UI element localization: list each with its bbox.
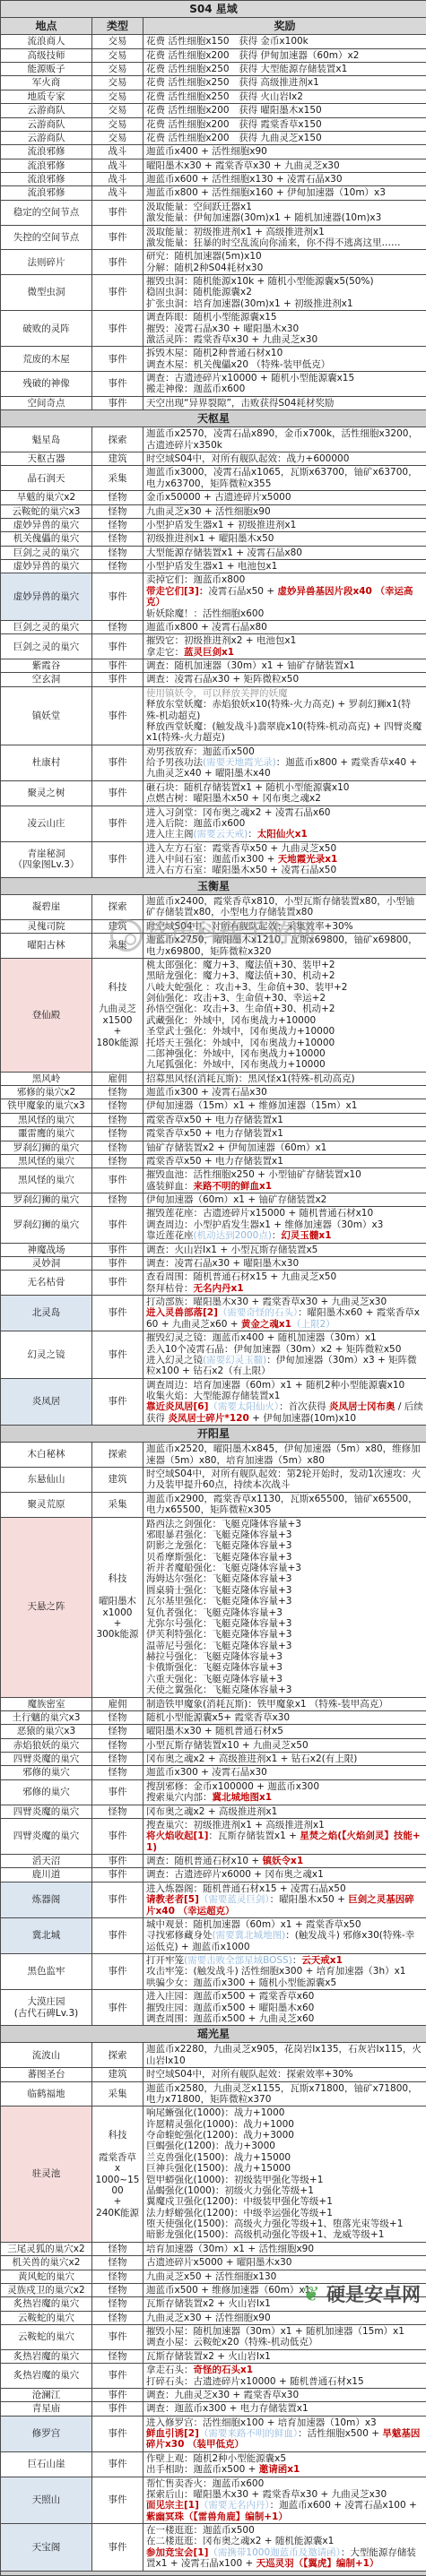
- category-cell: 事件: [92, 1243, 143, 1256]
- reward-line: 扩张虫洞：培育加速器(30m)x1 + 初级推进剂x1: [146, 298, 423, 309]
- reward-cell: 曜阳墨木x30 + 随机普通石材x5: [143, 1725, 426, 1738]
- reward-cell: 研究：随机加速器(5m)x10分解：随机2种S04耗材x30: [143, 250, 426, 275]
- table-row: 蕃图圣台建筑时空域S04中，对所有舰队起效：探索效率+30%: [1, 2068, 426, 2081]
- column-header-type: 类型: [92, 18, 143, 35]
- reward-cell: 瓦斯存储装置x2 + 火山岩Ⅰx1: [143, 2349, 426, 2363]
- section-label: 玉衡星: [1, 877, 426, 894]
- reward-line: 进入庄园：迦蓝币x500 + 霞棠香草x60: [146, 1991, 423, 2002]
- category-cell: 怪物: [92, 2242, 143, 2255]
- reward-line: 调查周边：培育加速器（60m）x1 + 随机2种小型能源囊x10: [146, 1380, 423, 1391]
- location-cell: 四臂炎魔的巢穴: [1, 1805, 92, 1818]
- reward-cell: 时空域S04中，对所有舰队起效：第2轮开始时，发动1次速攻：火力及装甲提升60点…: [143, 1468, 426, 1493]
- reward-line: 复仇者强化：飞艇克隆体容量+3: [146, 1607, 423, 1618]
- reward-line: 迦蓝币x500 + 维修加速器（60m）x1: [146, 2285, 423, 2296]
- location-cell: 天悬之阵: [1, 1517, 92, 1697]
- reward-line: 劝男孩放弃：迦蓝币x500: [146, 746, 423, 757]
- category-cell: 怪物: [92, 2283, 143, 2296]
- category-cell: 事件: [92, 2388, 143, 2401]
- category-cell: 事件: [92, 1168, 143, 1193]
- reward-line: 搜查巢穴：初级推进剂x1 + 高级推进剂x1: [146, 1820, 423, 1831]
- reward-line: 伊甸加速器（15m）x1 + 维修加速器（15m）x1: [146, 1100, 423, 1111]
- table-head: S04 星域 地点 类型 奖励: [1, 1, 426, 35]
- table-row: 四臂炎魔的巢穴怪物冈布奥之魂x2 + 高级推进剂x1: [1, 1805, 426, 1818]
- reward-cell: 迦蓝币x2570，凌霄石晶x890，金币x700k，活性细胞x3200，古遗迹碎…: [143, 427, 426, 452]
- reward-cell: 调查：凌霄石晶x30 + 矩阵微粒x50: [143, 673, 426, 686]
- reward-line: 尤弥尔号强化：飞艇克隆体容量+3: [146, 1618, 423, 1629]
- section-row: 天枢星: [1, 410, 426, 427]
- reward-line: 九曲灵芝x30 + 活性细胞x90: [146, 2313, 423, 2323]
- reward-line: 激发能量：狂暴的时空乱流向你涌来，你不得不逃离这里……: [146, 237, 423, 248]
- table-row: 巨剑之灵的巢穴怪物大型能源存储装置x1 + 凌霄石晶x80: [1, 546, 426, 559]
- reward-line: 时空域S04中，对所有舰队起效：战力+600000: [146, 453, 423, 464]
- reward-line: 打动部族：曜阳墨木x30 + 霞棠香草x30 + 九曲灵芝x30: [146, 1297, 423, 1307]
- table-row: 虚妙异兽的巢穴事件卖掉它们：迦蓝币x800带走它们[3]：凌霄石晶x50 + 虚…: [1, 573, 426, 621]
- location-cell: 流浪邪修: [1, 159, 92, 172]
- category-cell: 怪物: [92, 518, 143, 531]
- category-cell: 怪物: [92, 1738, 143, 1752]
- reward-line: 古遗迹碎片x5000 + 曜阳墨木x30: [146, 2257, 423, 2268]
- reward-line: 进入后院：迦蓝币x600: [146, 818, 423, 829]
- table-row: 流浪邪修战斗曜阳墨木x30 + 霞棠香草x30 + 九曲灵芝x30: [1, 159, 426, 172]
- category-cell: 交易: [92, 131, 143, 144]
- table-row: 空玄洞事件调查：凌霄石晶x30 + 矩阵微粒x50: [1, 673, 426, 686]
- location-cell: 杜康村: [1, 745, 92, 780]
- category-cell: 探索: [92, 2043, 143, 2068]
- location-cell: 天宝阁: [1, 2524, 92, 2572]
- reward-cell: 花费 活性细胞x200 获得 霞棠香草x150: [143, 117, 426, 131]
- reward-cell: 时空域S04中，对所有舰队起效：战力+600000: [143, 452, 426, 466]
- table-row: 土行魑的巢穴x3怪物随机小型能源囊x5+ 霞棠香草x30: [1, 1710, 426, 1724]
- reward-cell: 迦蓝币x300 + 凌霄石晶x30: [143, 1766, 426, 1779]
- location-cell: 无名枯骨: [1, 1271, 92, 1296]
- reward-cell: 摧毁血池：活性细胞x250 + 小型铀矿存储装置x10盛装鲜血：来路不明的鲜血x…: [143, 1168, 426, 1193]
- location-cell: 镇妖堂: [1, 686, 92, 745]
- reward-cell: 劝男孩放弃：迦蓝币x500给予男孩功法(需要天地霞光录)：迦蓝币x800 + 霞…: [143, 745, 426, 780]
- reward-line: 进入庄主阁(需要云天戒)：太阳仙火x1: [146, 829, 423, 840]
- reward-line: 城中观景：随机加速器（60m）x1 + 霞棠香草x50: [146, 1919, 423, 1930]
- location-cell: 罗刹幻狮的巢穴: [1, 1207, 92, 1243]
- reward-cell: 花费 活性细胞x200 获得 伊甸加速器（60m）x2: [143, 48, 426, 62]
- reward-cell: 调查：古遗迹碎片x6000 + 冈布奥之魂x1: [143, 1868, 426, 1882]
- location-cell: 巨剑之灵的巢穴: [1, 620, 92, 633]
- table-row: 魔族密室雇佣制造铁甲魔象(消耗瓦斯)：铁甲魔象x1 （特殊-装甲高克）: [1, 1697, 426, 1710]
- reward-line: 盛装鲜血：来路不明的鲜血x1: [146, 1181, 423, 1192]
- location-cell: 黑风岭: [1, 1072, 92, 1085]
- table-row: 大漠庄园(古代石碑Lv.3)事件进入庄园：迦蓝币x500 + 霞棠香草x60摧毁…: [1, 1990, 426, 2026]
- table-row: 曜阳古林采集迦蓝币x2750，曜阳墨木x1210，瓦斯x69800，铀矿x698…: [1, 934, 426, 959]
- table-row: 微型虫洞事件摧毁虫洞：随机能源x10k + 随机小型能源囊x5(50%)稳固虫洞…: [1, 275, 426, 311]
- location-cell: 机关傀儡的巢穴: [1, 532, 92, 546]
- category-cell: 战斗: [92, 159, 143, 172]
- location-cell: 稳定的空间节点: [1, 200, 92, 225]
- reward-cell: 作壁上观：随机2种小型能源囊x5出手相助：迦蓝币x500 + 邀请函x1: [143, 2451, 426, 2477]
- reward-cell: 汲取能量：初级推进剂x1 + 高级推进剂x1激发能量：狂暴的时空乱流向你涌来，你…: [143, 225, 426, 250]
- table-row: 云游商队交易花费 活性细胞x200 获得 霞棠香草x150: [1, 117, 426, 131]
- reward-line: 进入中间石室：迦蓝币x300 + 天地霞光录x1: [146, 854, 423, 865]
- category-cell: 事件: [92, 841, 143, 877]
- reward-line: 探索后山：曜阳墨木x30 + 霞棠香草x30 + 九曲灵芝x30: [146, 2489, 423, 2500]
- category-cell: 事件: [92, 225, 143, 250]
- title-row: S04 星域: [1, 1, 426, 18]
- table-row: 滔天沼事件调查：随机普通石材x10 + 镇妖令x1: [1, 1855, 426, 1868]
- category-cell: 怪物: [92, 1193, 143, 1207]
- table-body: 流浪商人交易花费 活性细胞x150 获得 金币x100k高级技师交易花费 活性细…: [1, 35, 426, 2575]
- category-cell: 事件: [92, 1378, 143, 1426]
- reward-line: 调查：古遗迹碎片x6000 + 冈布奥之魂x1: [146, 1869, 423, 1880]
- location-cell: 云鞍蛇的巢穴: [1, 2325, 92, 2350]
- reward-line: 丢入10个凌霄石晶：伊甸加速器（30m）x2 + 矩阵微粒x50: [146, 1344, 423, 1355]
- reward-line: 搜索巢穴内部：冀北城地图x1: [146, 1792, 423, 1803]
- section-label: [1, 2571, 426, 2575]
- reward-line: 摧毁：凌霄石晶x30 + 曜阳墨木x30: [146, 323, 423, 334]
- reward-line: 武藏强化：外域中，冈布奥战力+10000: [146, 1015, 423, 1026]
- category-cell: 怪物: [92, 1805, 143, 1818]
- location-cell: 大漠庄园(古代石碑Lv.3): [1, 1990, 92, 2026]
- reward-line: 曜阳墨木x30 + 随机普通石材x5: [146, 1726, 423, 1736]
- location-cell: 黑色监牢: [1, 1954, 92, 1990]
- location-cell: 沧澜江: [1, 2388, 92, 2401]
- reward-line: 铀矿存储装置x2 + 伊甸加速器（60m）x1: [146, 1142, 423, 1153]
- table-row: 凝碧崖探索迦蓝币x2400，霞棠香草x810，小型瓦斯存储装置x80，小型铀矿存…: [1, 895, 426, 920]
- reward-cell: 打开牢笼(需要击败全部星域BOSS)：云天戒x1攻击牢笼：(触发战斗) 活性细胞…: [143, 1954, 426, 1990]
- table-row: 荒废的木屋事件拆毁木屋：随机2种普通石材x10调查木屋：机关傀儡x20 （特殊-…: [1, 347, 426, 372]
- reward-line: 孙悟空强化：攻击+3、生命值+30、机动+2: [146, 1004, 423, 1014]
- reward-cell: 小型护盾发生器x1 + 电池包x1: [143, 560, 426, 573]
- reward-line: 将火焰收起[1]：瓦斯存储装置x1 + 星焚之焰(【火焰剑灵】技能+1): [146, 1831, 423, 1853]
- reward-line: 温蒂尼号强化：飞艇克隆体容量+3: [146, 1641, 423, 1651]
- table-row: 法则碎片事件研究：随机加速器(5m)x10分解：随机2种S04耗材x30: [1, 250, 426, 275]
- reward-cell: 迦蓝币x2280，九曲灵芝x905，花岗岩Ⅰx135，石灰岩Ⅰx115，火山岩Ⅰ…: [143, 2043, 426, 2068]
- category-cell: 事件: [92, 2524, 143, 2572]
- reward-line: 迦蓝币x2580，九曲灵芝x1155，瓦斯x71800，铀矿x71800，电力x…: [146, 2083, 423, 2106]
- reward-line: 伊芙利特强化：飞艇克隆体容量+3: [146, 1629, 423, 1640]
- table-row: 赤焰狼妖的巢穴怪物小型瓦斯存储装置x10 + 九曲灵芝x50: [1, 1738, 426, 1752]
- reward-line: 摧毁小屋：随机加速器（30m）x1 + 随机加速器（15m）x1: [146, 2326, 423, 2337]
- reward-line: 翼魔戍卫强化(1200)：中级装甲强化等级+1: [146, 2196, 423, 2207]
- table-row: 天照山事件帮忙售卖香火：迦蓝币x600探索后山：曜阳墨木x30 + 霞棠香草x3…: [1, 2477, 426, 2524]
- table-row: 罗刹幻狮的巢穴怪物铀矿存储装置x2 + 伊甸加速器（60m）x1: [1, 1141, 426, 1154]
- reward-line: 贝希摩斯强化：飞艇克隆体容量+3: [146, 1552, 423, 1563]
- location-cell: 黑风怪的巢穴: [1, 1154, 92, 1167]
- reward-line: 摧毁幻灵之镜：迦蓝币x400 + 随机加速器（30m）x1: [146, 1332, 423, 1343]
- location-cell: 流浪邪修: [1, 173, 92, 186]
- table-row: 黑色监牢事件打开牢笼(需要击败全部星域BOSS)：云天戒x1攻击牢笼：(触发战斗…: [1, 1954, 426, 1990]
- reward-line: 天空出现“异界裂隙”，击败获得S04耗材奖励: [146, 398, 423, 409]
- table-row: 机关傀儡的巢穴怪物初级推进剂x1 + 曜阳墨木x50: [1, 532, 426, 546]
- reward-cell: 伊甸加速器（15m）x1 + 维修加速器（15m）x1: [143, 1099, 426, 1113]
- reward-line: 卖掉它们：迦蓝币x800: [146, 574, 423, 585]
- location-cell: 邪修的巢穴: [1, 1779, 92, 1805]
- category-cell: 事件: [92, 634, 143, 659]
- category-cell: 交易: [92, 63, 143, 76]
- table-row: 黑风怪的巢穴怪物霞棠香草x50 + 电力存储装置x1: [1, 1154, 426, 1167]
- reward-line: 海姆达尔强化：飞艇克隆体容量+3: [146, 1573, 423, 1584]
- category-cell: 怪物: [92, 2256, 143, 2270]
- reward-line: 使用镇妖令，可以释放关押的妖魔: [146, 688, 423, 699]
- category-cell: 事件: [92, 780, 143, 806]
- reward-cell: 调查：迦蓝币x300 + 电力存储装置x1: [143, 2402, 426, 2416]
- reward-line: 参加竞宝会[1]（需携带1000迦蓝币及邀请函）：大型能源存储装置x1 + 凌霄…: [146, 2547, 423, 2570]
- reward-cell: 响尾蜥强化(1000)：战力+1000许愿精灵强化(1000)：战力+1000夺…: [143, 2106, 426, 2243]
- location-cell: 幻灵之镜: [1, 1331, 92, 1379]
- table-row: 黑风怪的巢穴事件摧毁血池：活性细胞x250 + 小型铀矿存储装置x10盛装鲜血：…: [1, 1168, 426, 1193]
- section-label: 天枢星: [1, 410, 426, 427]
- reward-cell: 拆毁木屋：随机2种普通石材x10调查木屋：机关傀儡x20 （特殊-装甲低克）: [143, 347, 426, 372]
- reward-line: 汲取能量：初级推进剂x1 + 高级推进剂x1: [146, 227, 423, 237]
- location-cell: 鹿川道: [1, 1868, 92, 1882]
- reward-cell: 迦蓝币x2520，曜阳墨木x845，伊甸加速器（5m）x80，维修加速器（5m）…: [143, 1443, 426, 1468]
- reward-line: 拿走它：蓝灵巨剑x1: [146, 647, 423, 658]
- location-cell: 神魔战场: [1, 1243, 92, 1256]
- table-row: 虚妙异兽的巢穴怪物小型护盾发生器x1 + 电池包x1: [1, 560, 426, 573]
- reward-cell: 卖掉它们：迦蓝币x800带走它们[3]：凌霄石晶x50 + 虚妙异兽基因片段x4…: [143, 573, 426, 621]
- location-cell: 灵族戍卫的巢穴x2: [1, 2283, 92, 2296]
- category-cell: 交易: [92, 117, 143, 131]
- location-cell: 罗刹幻狮的巢穴: [1, 1193, 92, 1207]
- reward-cell: 伊甸加速器（60m）x1 + 铀矿存储装置x2: [143, 1193, 426, 1207]
- category-cell: 事件: [92, 1917, 143, 1953]
- location-cell: 木白秘林: [1, 1443, 92, 1468]
- reward-line: 调查：随机加速器（30m）x1 + 铀矿存储装置x1: [146, 660, 423, 671]
- reward-line: 花费 活性细胞x250 获得 大型能源存储装置x1: [146, 64, 423, 74]
- category-cell: 建筑: [92, 919, 143, 933]
- reward-line: 时空域S04中，对所有舰队起效：采集效率+30%: [146, 921, 423, 932]
- reward-line: 斩妖除魔！：活性细胞x600: [146, 608, 423, 619]
- category-cell: 事件: [92, 673, 143, 686]
- reward-line: 巨蝎强化(1200)：战力+3000: [146, 2141, 423, 2151]
- table-row: 流浪商人交易花费 活性细胞x150 获得 金币x100k: [1, 35, 426, 48]
- category-cell: 采集: [92, 466, 143, 491]
- category-cell: 怪物: [92, 2297, 143, 2311]
- reward-cell: 砸石块：随机存储装置x1 + 随机小型能源囊x10点燃古树：曜阳墨木x50 + …: [143, 780, 426, 806]
- location-cell: 地质专家: [1, 90, 92, 103]
- reward-line: 迦蓝币x2900，霞棠香草x1130，瓦斯x65500，铀矿x65500，电力x…: [146, 1494, 423, 1516]
- location-cell: 凌云山庄: [1, 806, 92, 841]
- reward-line: 兰克兽强化(1500)：战力+15000: [146, 2152, 423, 2163]
- location-cell: 四臂炎魔的巢穴: [1, 1753, 92, 1766]
- reward-line: 招募黑风怪(消耗瓦斯)：黑风怪x1(特殊-机动高克): [146, 1073, 423, 1084]
- table-row: 木白秘林探索迦蓝币x2520，曜阳墨木x845，伊甸加速器（5m）x80，维修加…: [1, 1443, 426, 1468]
- reward-line: 二郎神强化：外域中，冈布奥战力+10000: [146, 1048, 423, 1059]
- location-cell: 破败的灵阵: [1, 311, 92, 347]
- category-cell: 探索: [92, 1443, 143, 1468]
- table-row: 沧澜江事件调查：九曲灵芝x30 + 霞棠香草x30: [1, 2388, 426, 2401]
- reward-line: 花费 活性细胞x150 获得 金币x100k: [146, 36, 423, 47]
- location-cell: 黑风怪的巢穴: [1, 1168, 92, 1193]
- reward-line: 进入灵兽部落[2]（需要奇怪的石头）：曜阳墨木x60 + 霞棠香草x60 + 九…: [146, 1307, 423, 1330]
- location-cell: 聚灵荒原: [1, 1492, 92, 1517]
- table-row: 黑风怪的巢穴怪物霞棠香草x50 + 电力存储装置x1: [1, 1113, 426, 1126]
- reward-cell: 进入左方石室：霞棠香草x50 + 九曲灵芝x50进入中间石室：迦蓝币x300 +…: [143, 841, 426, 877]
- reward-line: 迦蓝币x400 + 活性细胞x90: [146, 146, 423, 157]
- table-row: 驻灵池科技霞棠香草x1000~1500+240K能源响尾蜥强化(1000)：战力…: [1, 2106, 426, 2243]
- location-cell: 蕃图圣台: [1, 2068, 92, 2081]
- reward-cell: 进入庄园：迦蓝币x500 + 霞棠香草x60摧毁庄园：迦蓝币x500 + 曜阳墨…: [143, 1990, 426, 2026]
- table-row: 聚灵荒原采集迦蓝币x2900，霞棠香草x1130，瓦斯x65500，铀矿x655…: [1, 1492, 426, 1517]
- location-cell: 青星庙: [1, 2402, 92, 2416]
- reward-cell: 花费 活性细胞x250 获得 大型能源存储装置x1: [143, 63, 426, 76]
- category-cell: 建筑: [92, 452, 143, 466]
- reward-line: 培育加速器（30m）x1 + 活性细胞x90: [146, 2244, 423, 2254]
- category-cell: 事件: [92, 1868, 143, 1882]
- table-row: 云鞍蛇的巢穴事件摧毁小屋：随机加速器（30m）x1 + 随机加速器（15m）x1…: [1, 2325, 426, 2350]
- category-cell: 怪物: [92, 2311, 143, 2324]
- reward-line: 晶蝎强化(1000)：初级火力强化等级+1: [146, 2185, 423, 2196]
- reward-cell: 瓦斯存储装置x2 + 火山岩Ⅰx1: [143, 2297, 426, 2311]
- reward-cell: 迦蓝币x500 + 维修加速器（60m）x1: [143, 2283, 426, 2296]
- reward-line: 迦蓝币x600 + 活性细胞x130 + 凌霄石晶x30: [146, 174, 423, 185]
- table-row: 云鞍蛇的巢穴怪物九曲灵芝x30 + 活性细胞x90: [1, 2311, 426, 2324]
- location-cell: 罗刹幻狮的巢穴: [1, 1141, 92, 1154]
- table-row: 能源贩子交易花费 活性细胞x250 获得 大型能源存储装置x1: [1, 63, 426, 76]
- reward-cell: 霞棠香草x50 + 电力存储装置x1: [143, 1113, 426, 1126]
- section-row: 开阳星: [1, 1426, 426, 1443]
- reward-cell: 花费 活性细胞x150 获得 金币x100k: [143, 35, 426, 48]
- reward-cell: 大型能源存储装置x1 + 凌霄石晶x80: [143, 546, 426, 559]
- category-cell: 建筑: [92, 1468, 143, 1493]
- table-row: 黄风蛇的巢穴怪物九曲灵芝x50 + 活性细胞x130: [1, 2270, 426, 2283]
- reward-line: 查看周围：随机普通石材x15 + 九曲灵芝x50: [146, 1271, 423, 1282]
- location-cell: 冀北城: [1, 1917, 92, 1953]
- category-cell: 事件: [92, 1855, 143, 1868]
- reward-line: 伊甸加速器（60m）x1 + 铀矿存储装置x2: [146, 1194, 423, 1205]
- reward-cell: 调查：凌霄石晶x30 + 曜阳墨木x30: [143, 1256, 426, 1270]
- reward-cell: 路西法之剑强化：飞艇克隆体容量+3邪眼暴君强化：飞艇克隆体容量+3阴影之龙强化：…: [143, 1517, 426, 1697]
- table-row: 残破的神像事件调查：古遗迹碎片x10000 + 随机小型能源囊x15搬走神像：迦…: [1, 372, 426, 397]
- reward-line: 黑暗龙强化：魔力+3、魔法值+30、机动+2: [146, 970, 423, 981]
- category-cell: 事件: [92, 396, 143, 409]
- location-cell: 云鞍蛇的巢穴x3: [1, 504, 92, 518]
- table-row: 幻灵之镜事件摧毁幻灵之镜：迦蓝币x400 + 随机加速器（30m）x1丢入10个…: [1, 1331, 426, 1379]
- reward-line: 迦蓝币x300 + 凌霄石晶x30: [146, 1087, 423, 1098]
- reward-line: 响尾蜥强化(1000)：战力+1000: [146, 2107, 423, 2118]
- reward-line: 调查小屋：云鞍蛇x20（特殊-机动低克）: [146, 2337, 423, 2348]
- location-cell: 能源贩子: [1, 63, 92, 76]
- table-row: 灵族戍卫的巢穴x2怪物迦蓝币x500 + 维修加速器（60m）x1: [1, 2283, 426, 2296]
- reward-line: 祈并者魔船强化：飞艇克隆体容量+3: [146, 1563, 423, 1573]
- location-cell: 青崖秘洞（四象图Lv.3）: [1, 841, 92, 877]
- reward-line: 进入修罗宫：活性细胞x100 + 培育加速器（10m）x3: [146, 2417, 423, 2428]
- reward-line: 迦蓝币x2520，曜阳墨木x845，伊甸加速器（5m）x80，维修加速器（5m）…: [146, 1443, 423, 1466]
- reward-cell: 调查周边：培育加速器（60m）x1 + 随机2种小型能源囊x10收集火焰：大型能…: [143, 1378, 426, 1426]
- reward-cell: 摧毁小屋：随机加速器（30m）x1 + 随机加速器（15m）x1调查小屋：云鞍蛇…: [143, 2325, 426, 2350]
- category-cell: 交易: [92, 35, 143, 48]
- reward-line: 摧毁庄园：迦蓝币x500 + 曜阳墨木x60: [146, 2003, 423, 2013]
- reward-line: 拿走石头：奇怪的石头x1: [146, 2365, 423, 2375]
- reward-line: 调查：迦蓝币x300 + 电力存储装置x1: [146, 2403, 423, 2414]
- reward-cell: 迦蓝币x2580，九曲灵芝x1155，瓦斯x71800，铀矿x71800，电力x…: [143, 2081, 426, 2106]
- reward-line: 阴影之龙强化：飞艇克隆体容量+3: [146, 1540, 423, 1551]
- category-cell: 怪物: [92, 620, 143, 633]
- location-cell: 黄风蛇的巢穴: [1, 2270, 92, 2283]
- location-cell: 晶石润天: [1, 466, 92, 491]
- category-cell: 采集: [92, 1492, 143, 1517]
- reward-line: 桃太郎强化：魔力+3、魔法值+30、装甲+2: [146, 960, 423, 970]
- location-cell: 虚妙异兽的巢穴: [1, 518, 92, 531]
- category-cell: 交易: [92, 104, 143, 117]
- reward-cell: 九曲灵芝x30 + 活性细胞x90: [143, 504, 426, 518]
- reward-line: 带走它们[3]：凌霄石晶x50 + 虚妙异兽基因片段x40 （幸运高克）: [146, 586, 423, 608]
- reward-line: 激活灵阵：霞棠香草x30 + 九曲灵芝x30: [146, 334, 423, 345]
- reward-line: 迦蓝币x2750，曜阳墨木x1210，瓦斯x69800，铀矿x69800，电力x…: [146, 935, 423, 957]
- reward-line: 巨神兵强化(1500)：战力+15000: [146, 2163, 423, 2174]
- location-cell: 炙热岩魔的巢穴: [1, 2349, 92, 2363]
- category-cell: 怪物: [92, 1753, 143, 1766]
- category-cell: 采集: [92, 934, 143, 959]
- reward-cell: 迦蓝币x2900，霞棠香草x1130，瓦斯x65500，铀矿x65500，电力x…: [143, 1492, 426, 1517]
- table-row: 流浪邪修战斗迦蓝币x800 + 活性细胞x160 + 伊甸加速器（10m）x3: [1, 186, 426, 200]
- category-cell: 事件: [92, 1331, 143, 1379]
- table-row: 军火商交易花费 活性细胞x250 获得 高级推进剂x1: [1, 76, 426, 90]
- reward-line: 迦蓝币x300 + 凌霄石晶x30: [146, 1767, 423, 1778]
- location-cell: 机关兽的巢穴x2: [1, 2256, 92, 2270]
- reward-line: 哄骗少女：迦蓝币x300 + 随机小型能源囊x5: [146, 1977, 423, 1988]
- table-row: 流浪邪修战斗迦蓝币x400 + 活性细胞x90: [1, 145, 426, 159]
- reward-line: 寻找邪修藏身处(需要冀北城地图)：(触发战斗) 邪修x30(特殊-幸运低克) +…: [146, 1930, 423, 1952]
- reward-line: 出手相助：迦蓝币x500 + 邀请函x1: [146, 2464, 423, 2475]
- table-row: 云游商队交易花费 活性细胞x200 获得 九曲灵芝x150: [1, 131, 426, 144]
- reward-line: 许愿精灵强化(1000)：战力+1000: [146, 2119, 423, 2130]
- table-row: 罗刹幻狮的巢穴怪物伊甸加速器（60m）x1 + 铀矿存储装置x2: [1, 1193, 426, 1207]
- category-cell: 事件: [92, 1818, 143, 1854]
- table-row: 高级技师交易花费 活性细胞x200 获得 伊甸加速器（60m）x2: [1, 48, 426, 62]
- reward-line: 在一楼逛逛：迦蓝币x500: [146, 2525, 423, 2536]
- reward-cell: 小型瓦斯存储装置x10 + 九曲灵芝x50: [143, 1738, 426, 1752]
- category-cell: 怪物: [92, 1086, 143, 1099]
- table-row: 邪修的巢穴事件搜刮邪修：金币x100000 + 迦蓝币x300搜索巢穴内部：冀北…: [1, 1779, 426, 1805]
- reward-cell: 搜刮邪修：金币x100000 + 迦蓝币x300搜索巢穴内部：冀北城地图x1: [143, 1779, 426, 1805]
- reward-line: 九曲灵芝x50 + 活性细胞x130: [146, 2271, 423, 2282]
- reward-line: 调查木屋：机关傀儡x20 （特殊-装甲低克）: [146, 359, 423, 370]
- rewards-table: S04 星域 地点 类型 奖励 流浪商人交易花费 活性细胞x150 获得 金币x…: [0, 0, 426, 2576]
- reward-cell: 调查阵眼：随机小型能源囊x15摧毁：凌霄石晶x30 + 曜阳墨木x30激活灵阵：…: [143, 311, 426, 347]
- location-cell: 三尾灵狐的巢穴x2: [1, 2242, 92, 2255]
- category-cell: 事件: [92, 1271, 143, 1296]
- category-cell: 事件: [92, 1990, 143, 2026]
- category-cell: 事件: [92, 372, 143, 397]
- location-cell: 流浪邪修: [1, 145, 92, 159]
- location-cell: 恶猿的巢穴x3: [1, 1725, 92, 1738]
- reward-line: 收集火焰：大型能源存储装置x1: [146, 1391, 423, 1401]
- table-row: 北灵岛事件打动部族：曜阳墨木x30 + 霞棠香草x30 + 九曲灵芝x30进入灵…: [1, 1296, 426, 1331]
- location-cell: 失控的空间节点: [1, 225, 92, 250]
- reward-line: 随机小型能源囊x5+ 霞棠香草x30: [146, 1712, 423, 1723]
- section-row: [1, 2571, 426, 2575]
- reward-line: 小型瓦斯存储装置x10 + 九曲灵芝x50: [146, 1740, 423, 1751]
- reward-line: 摧毁它：初级推进剂x2 + 电池包x1: [146, 635, 423, 646]
- reward-line: 靠近莲花座(机动达到2000点)：幻灵玉髓x1: [146, 1230, 423, 1241]
- reward-cell: 冈布奥之魂x2 + 高级推进剂x1 + 钻石x2(有上限): [143, 1753, 426, 1766]
- table-row: 晶石润天采集迦蓝币x3000，凌霄石晶x1065，瓦斯x63700，铀矿x637…: [1, 466, 426, 491]
- table-row: 修罗宫事件进入修罗宫：活性细胞x100 + 培育加速器（10m）x3鲜血引诱[2…: [1, 2416, 426, 2451]
- category-cell: 怪物: [92, 1099, 143, 1113]
- category-cell: 事件: [92, 275, 143, 311]
- reward-line: 花费 活性细胞x200 获得 九曲灵芝x150: [146, 133, 423, 143]
- category-cell: 交易: [92, 90, 143, 103]
- location-cell: 流浪商人: [1, 35, 92, 48]
- reward-cell: 时空域S04中，对所有舰队起效：采集效率+30%: [143, 919, 426, 933]
- location-cell: 滔天沼: [1, 1855, 92, 1868]
- reward-line: 冈布奥之魂x2 + 高级推进剂x1 + 钻石x2(有上限): [146, 1753, 423, 1764]
- reward-line: 点燃古树：曜阳墨木x50 + 冈布奥之魂x2: [146, 793, 423, 804]
- reward-line: 汲取能量：空间跃迁器x1: [146, 202, 423, 212]
- reward-line: 稳固虫洞：随机能源囊x2: [146, 287, 423, 297]
- category-cell: 怪物: [92, 560, 143, 573]
- category-cell: 怪物: [92, 546, 143, 559]
- reward-cell: 进入习剑堂：冈布奥之魂x2 + 凌霄石晶x60进入后院：迦蓝币x600进入庄主阁…: [143, 806, 426, 841]
- reward-line: 瓦尔基里强化：飞艇克隆体容量+3: [146, 1596, 423, 1607]
- reward-cell: 迦蓝币x400 + 活性细胞x90: [143, 145, 426, 159]
